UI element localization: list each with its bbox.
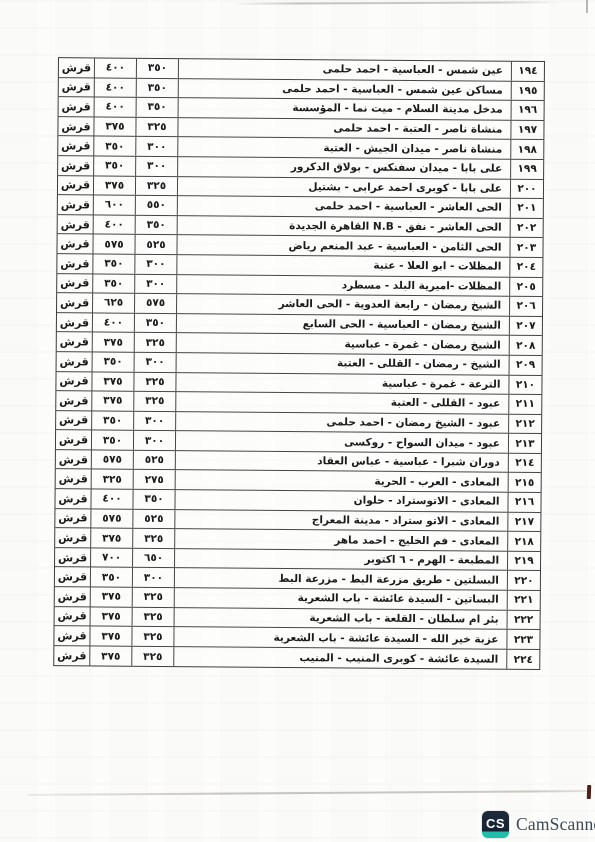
row-number-cell: ٢٠٤ [509, 258, 542, 277]
unit-cell: قرش [56, 430, 91, 449]
row-number-cell: ٢٢٤ [506, 650, 539, 670]
row-number-cell: ٢٠٨ [509, 336, 542, 355]
fare-low-cell: ٣٢٥ [134, 333, 176, 352]
fare-high-cell: ٣٥٠ [92, 254, 134, 273]
fare-high-cell: ٣٢٥ [91, 470, 133, 489]
fare-low-cell: ٥٥٠ [135, 196, 177, 215]
row-number-cell: ٢١٠ [508, 375, 541, 394]
unit-cell: قرش [55, 587, 90, 606]
camscanner-watermark: CS CamScanner [482, 811, 595, 838]
route-cell: منشاة ناصر - العتبة - احمد حلمى [177, 118, 510, 139]
row-number-cell: ٢٠١ [510, 199, 543, 218]
fare-high-cell: ٣٥٠ [92, 274, 134, 293]
fare-high-cell: ٦٠٠ [93, 196, 135, 215]
route-cell: الحى الثامن - العباسية - عبد المنعم رياض [176, 235, 509, 256]
route-cell: المعادى - العرب - الحرية [175, 471, 508, 492]
unit-cell: قرش [55, 509, 90, 528]
unit-cell: قرش [55, 528, 90, 547]
fare-low-cell: ٣٠٠ [133, 431, 175, 450]
fare-low-cell: ٣٠٠ [134, 274, 176, 293]
unit-cell: قرش [58, 137, 93, 156]
fare-low-cell: ٣٢٥ [132, 588, 174, 607]
fare-low-cell: ٥٢٥ [134, 235, 176, 254]
fare-table: ١٩٤ عين شمس - العباسية - احمد حلمى ٣٥٠ ٤… [53, 57, 545, 670]
fare-high-cell: ٣٧٥ [92, 333, 134, 352]
fare-high-cell: ٣٧٥ [90, 529, 132, 548]
row-number-cell: ٢١٩ [507, 552, 540, 571]
row-number-cell: ٢٢٢ [507, 610, 540, 629]
unit-cell: قرش [56, 391, 91, 410]
fare-high-cell: ٣٥٠ [91, 411, 133, 430]
fare-high-cell: ٣٥٠ [90, 568, 132, 587]
fare-low-cell: ٣٥٠ [134, 313, 176, 332]
unit-cell: قرش [56, 450, 91, 469]
route-cell: عبود - الشيخ رمضان - احمد حلمى [175, 412, 508, 433]
row-number-cell: ١٩٦ [511, 101, 544, 120]
unit-cell: قرش [57, 313, 92, 332]
route-cell: عبود - القللى - العتبة [175, 392, 508, 413]
route-cell: منشاة ناصر - ميدان الجيش - العتبة [177, 137, 510, 158]
row-number-cell: ١٩٩ [510, 160, 543, 179]
route-cell: المطبعة - الهرم - ٦ اكتوبر [174, 549, 507, 570]
row-number-cell: ٢٠٧ [509, 316, 542, 335]
scan-artifact-top-right-tick [586, 0, 588, 13]
route-cell: الشيخ - رمضان - القللى - العتبة [176, 353, 509, 374]
route-cell: عبود - ميدان السواح - روكسى [175, 431, 508, 452]
row-number-cell: ٢٢٣ [506, 630, 539, 649]
fare-low-cell: ٣٠٠ [133, 411, 175, 430]
route-cell: الشيخ رمضان - غمرة - عباسية [176, 333, 509, 354]
unit-cell: قرش [56, 470, 91, 489]
fare-low-cell: ٣٠٠ [132, 568, 174, 587]
fare-high-cell: ٥٧٥ [91, 450, 133, 469]
row-number-cell: ١٩٧ [510, 121, 543, 140]
row-number-cell: ٢٠٣ [509, 238, 542, 257]
route-cell: الحى العاشر - العباسية - احمد حلمى [177, 196, 510, 217]
unit-cell: قرش [57, 352, 92, 371]
route-cell: البسلتين - طريق مزرعة البط - مزرعة البط [174, 569, 507, 590]
route-cell: دوران شبرا - عباسية - عباس العقاد [175, 451, 508, 472]
scanned-page: ١٩٤ عين شمس - العباسية - احمد حلمى ٣٥٠ ٤… [0, 0, 595, 842]
route-cell: المظلات - ابو العلا - عتبة [176, 255, 509, 276]
unit-cell: قرش [55, 568, 90, 587]
fare-low-cell: ٣٥٠ [136, 78, 178, 97]
table-row: ٢٢٤ السيدة عائشة - كوبرى المنيب - المنيب… [54, 646, 539, 669]
fare-low-cell: ٣٢٥ [132, 607, 174, 626]
fare-high-cell: ٣٧٥ [90, 607, 132, 626]
row-number-cell: ٢١٤ [508, 454, 541, 473]
fare-low-cell: ٢٧٥ [133, 470, 175, 489]
fare-high-cell: ٤٠٠ [94, 98, 136, 117]
unit-cell: قرش [55, 607, 90, 626]
fare-high-cell: ٣٧٥ [90, 587, 132, 606]
fare-low-cell: ٣٢٥ [133, 372, 175, 391]
unit-cell: قرش [54, 626, 89, 645]
fare-high-cell: ٦٢٥ [92, 294, 134, 313]
fare-high-cell: ٤٠٠ [90, 490, 132, 509]
row-number-cell: ٢١١ [508, 395, 541, 414]
fare-low-cell: ٣٠٠ [135, 157, 177, 176]
fare-high-cell: ٥٧٥ [92, 235, 134, 254]
unit-cell: قرش [56, 372, 91, 391]
fare-low-cell: ٥٢٥ [132, 509, 174, 528]
fare-low-cell: ٣٢٥ [135, 118, 177, 137]
fare-low-cell: ٣٥٠ [136, 59, 178, 78]
unit-cell: قرش [58, 117, 93, 136]
camscanner-logo-icon: CS [482, 811, 509, 838]
route-cell: بئر ام سلطان - القلعة - باب الشعرية [174, 608, 507, 629]
fare-high-cell: ٣٧٥ [91, 392, 133, 411]
unit-cell: قرش [54, 646, 89, 666]
route-cell: الشيخ رمضان - العباسية - الحى السابع [176, 314, 509, 335]
fare-high-cell: ٣٧٥ [91, 372, 133, 391]
row-number-cell: ١٩٤ [511, 62, 544, 81]
unit-cell: قرش [57, 332, 92, 351]
fare-high-cell: ٧٠٠ [90, 548, 132, 567]
fare-high-cell: ٤٠٠ [94, 78, 136, 97]
fare-low-cell: ٣٢٥ [133, 392, 175, 411]
fare-low-cell: ٣٢٥ [131, 647, 173, 667]
camscanner-label: CamScanner [516, 814, 595, 835]
unit-cell: قرش [57, 254, 92, 273]
row-number-cell: ٢٠٠ [510, 179, 543, 198]
scan-artifact-ink-mark [587, 785, 591, 799]
row-number-cell: ٢١٥ [508, 473, 541, 492]
fare-low-cell: ٣٢٥ [132, 529, 174, 548]
route-cell: على بابا - كوبرى احمد عرابى - بشتيل [177, 177, 510, 198]
unit-cell: قرش [55, 489, 90, 508]
row-number-cell: ٢٢٠ [507, 571, 540, 590]
fare-high-cell: ٤٠٠ [94, 58, 136, 77]
route-cell: مساكن عين شمس - العباسية - احمد حلمى [178, 79, 511, 100]
route-cell: البساتين - السيدة عائشة - باب الشعرية [174, 588, 507, 609]
route-cell: المعادى - الاتو ستراد - مدينة المعراج [174, 510, 507, 531]
row-number-cell: ٢٠٦ [509, 297, 542, 316]
route-cell: عين شمس - العباسية - احمد حلمى [178, 59, 511, 80]
unit-cell: قرش [58, 215, 93, 234]
fare-high-cell: ٣٧٥ [93, 117, 135, 136]
row-number-cell: ١٩٨ [510, 140, 543, 159]
route-cell: الترعة - غمرة - عباسية [175, 373, 508, 394]
fare-high-cell: ٣٥٠ [92, 352, 134, 371]
fare-high-cell: ٣٧٥ [93, 176, 135, 195]
fare-high-cell: ٣٧٥ [89, 627, 131, 646]
row-number-cell: ٢٢١ [507, 591, 540, 610]
unit-cell: قرش [58, 176, 93, 195]
scan-artifact-top-line [232, 1, 562, 4]
fare-high-cell: ٣٥٠ [93, 156, 135, 175]
fare-low-cell: ٥٧٥ [134, 294, 176, 313]
fare-low-cell: ٣٢٥ [135, 176, 177, 195]
fare-low-cell: ٣٠٠ [134, 353, 176, 372]
unit-cell: قرش [55, 548, 90, 567]
route-cell: المعادى - فم الخليج - احمد ماهر [174, 529, 507, 550]
unit-cell: قرش [59, 58, 94, 77]
fare-low-cell: ٣٠٠ [134, 255, 176, 274]
fare-low-cell: ٣٠٠ [135, 137, 177, 156]
unit-cell: قرش [58, 156, 93, 175]
row-number-cell: ٢١٦ [507, 493, 540, 512]
unit-cell: قرش [56, 411, 91, 430]
route-cell: الحى العاشر - نفق - N.B القاهرة الجديدة [177, 216, 510, 237]
fare-low-cell: ٣٥٠ [135, 216, 177, 235]
route-cell: المعادى - الاتوستراد - حلوان [174, 490, 507, 511]
unit-cell: قرش [59, 97, 94, 116]
unit-cell: قرش [57, 274, 92, 293]
route-cell: المظلات -اميرية البلد - مسطرد [176, 275, 509, 296]
route-cell: السيدة عائشة - كوبرى المنيب - المنيب [173, 647, 506, 669]
row-number-cell: ٢١٢ [508, 414, 541, 433]
fare-high-cell: ٥٧٥ [90, 509, 132, 528]
row-number-cell: ١٩٥ [511, 81, 544, 100]
unit-cell: قرش [58, 195, 93, 214]
fare-high-cell: ٤٠٠ [92, 313, 134, 332]
route-cell: على بابا - ميدان سفنكس - بولاق الدكرور [177, 157, 510, 178]
unit-cell: قرش [59, 78, 94, 97]
route-cell: عزبة خير الله - السيدة عائشة - باب الشعر… [173, 627, 506, 648]
row-number-cell: ٢٠٢ [510, 218, 543, 237]
fare-high-cell: ٣٧٥ [89, 646, 131, 666]
route-cell: مدخل مدينة السلام - ميت نما - المؤسسة [178, 98, 511, 119]
row-number-cell: ٢١٣ [508, 434, 541, 453]
row-number-cell: ٢٠٥ [509, 277, 542, 296]
unit-cell: قرش [57, 293, 92, 312]
fare-low-cell: ٥٢٥ [133, 451, 175, 470]
fare-high-cell: ٣٥٠ [91, 431, 133, 450]
fare-high-cell: ٣٥٠ [93, 137, 135, 156]
row-number-cell: ٢١٧ [507, 512, 540, 531]
row-number-cell: ٢٠٩ [509, 356, 542, 375]
unit-cell: قرش [57, 235, 92, 254]
camscanner-logo-letters: CS [486, 816, 505, 831]
fare-low-cell: ٣٥٠ [136, 98, 178, 117]
fare-high-cell: ٤٠٠ [93, 215, 135, 234]
fare-low-cell: ٣٢٥ [131, 627, 173, 646]
row-number-cell: ٢١٨ [507, 532, 540, 551]
fare-low-cell: ٦٥٠ [132, 549, 174, 568]
fare-low-cell: ٣٥٠ [132, 490, 174, 509]
route-cell: الشيخ رمضان - رابعة العدوية - الحى العاش… [176, 294, 509, 315]
scan-artifact-bottom-line [28, 790, 590, 796]
